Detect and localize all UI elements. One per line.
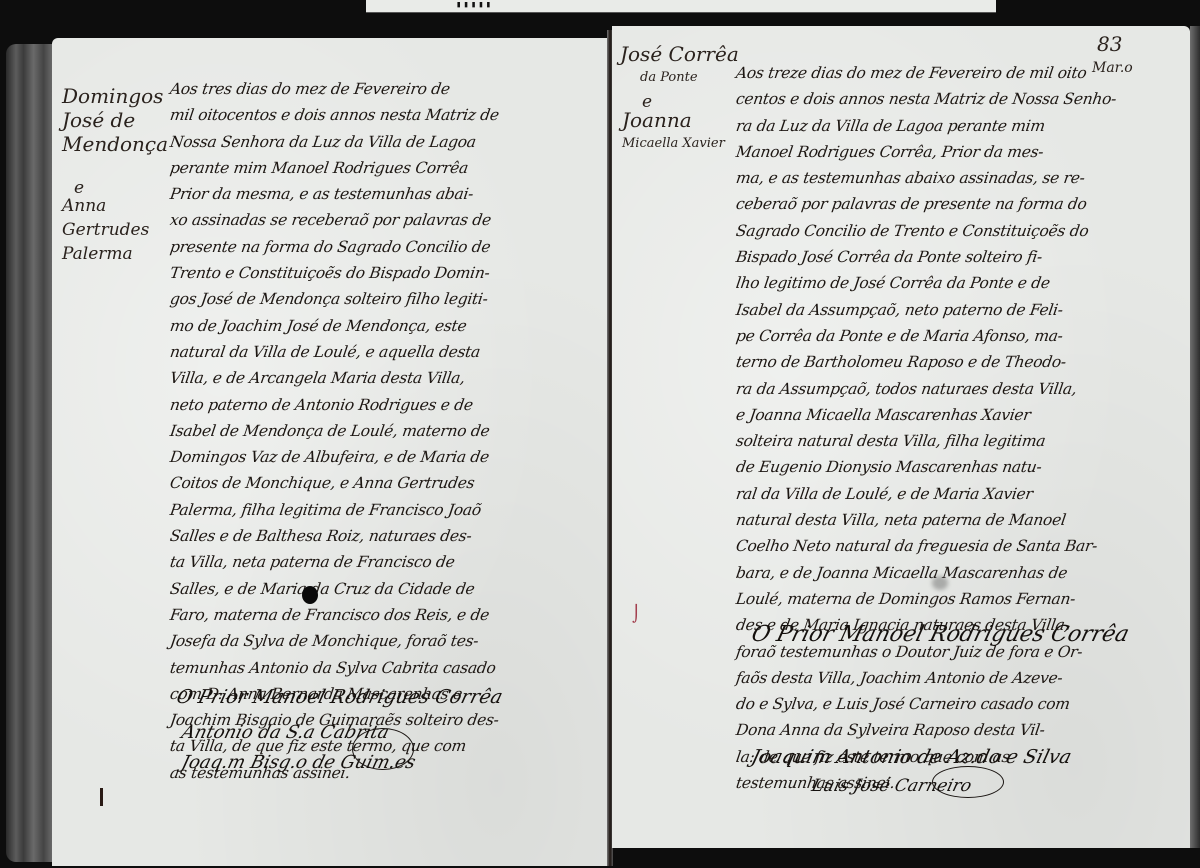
right-page-entry-text: Aos treze dias do mez de Fevereiro de mi…: [736, 60, 1176, 796]
text-line: ma, e as testemunhas abaixo assinadas, s…: [734, 165, 1178, 191]
text-line: faõs desta Villa, Joachim Antonio de Aze…: [734, 665, 1178, 691]
text-line: Salles e de Balthesa Roiz, naturaes des-: [168, 523, 602, 549]
text-line: Trento e Constituiçoẽs do Bispado Domin-: [168, 260, 602, 286]
text-line: lho legitimo de José Corrêa da Ponte e d…: [734, 270, 1178, 296]
text-line: Nossa Senhora da Luz da Villa de Lagoa: [168, 129, 602, 155]
text-line: perante mim Manoel Rodrigues Corrêa: [168, 155, 602, 181]
text-line: Prior da mesma, e as testemunhas abai-: [168, 181, 602, 207]
text-line: Loulé, materna de Domingos Ramos Fernan-: [734, 586, 1178, 612]
text-line: gos José de Mendonça solteiro filho legi…: [168, 286, 602, 312]
text-line: mil oitocentos e dois annos nesta Matriz…: [168, 102, 602, 128]
ink-tick-mark: [100, 788, 103, 806]
text-line: Coelho Neto natural da freguesia de Sant…: [734, 533, 1178, 559]
text-line: ra da Assumpçaõ, todos naturaes desta Vi…: [734, 376, 1178, 402]
text-line: ral da Villa de Loulé, e de Maria Xavier: [734, 481, 1178, 507]
folio-number: 83: [1097, 32, 1122, 56]
text-line: bara, e de Joanna Micaella Mascarenhas d…: [734, 560, 1178, 586]
text-line: Coitos de Monchique, e Anna Gertrudes: [168, 470, 602, 496]
text-line: de Eugenio Dionysio Mascarenhas natu-: [734, 454, 1178, 480]
margin-line: Mendonça: [62, 132, 168, 156]
text-line: natural da Villa de Loulé, e aquella des…: [168, 339, 602, 365]
margin-line: Domingos: [62, 84, 168, 108]
left-margin-groom-name: Domingos José de Mendonça: [62, 84, 168, 156]
text-line: Sagrado Concilio de Trento e Constituiço…: [734, 218, 1178, 244]
right-page: 83 Mar.o José Corrêa da Ponte e Joanna M…: [612, 26, 1190, 848]
text-line: Isabel da Assumpçaõ, neto paterno de Fel…: [734, 297, 1178, 323]
text-line: Villa, e de Arcangela Maria desta Villa,: [168, 365, 602, 391]
text-line: Isabel de Mendonça de Loulé, materno de: [168, 418, 602, 444]
signature-flourish: [932, 766, 1004, 798]
margin-line: Micaella Xavier: [622, 132, 725, 156]
text-line: do e Sylva, e Luis José Carneiro casado …: [734, 691, 1178, 717]
text-line: presente na forma do Sagrado Concilio de: [168, 234, 602, 260]
text-line: Dona Anna da Sylveira Raposo desta Vil-: [734, 717, 1178, 743]
text-line: solteira natural desta Villa, filha legi…: [734, 428, 1178, 454]
text-line: Josefa da Sylva de Monchique, foraõ tes-: [168, 628, 602, 654]
red-pencil-mark: ⌡: [632, 604, 640, 623]
text-line: ceberaõ por palavras de presente na form…: [734, 191, 1178, 217]
text-line: natural desta Villa, neta paterna de Man…: [734, 507, 1178, 533]
text-line: centos e dois annos nesta Matriz de Noss…: [734, 86, 1178, 112]
text-line: Domingos Vaz de Albufeira, e de Maria de: [168, 444, 602, 470]
text-line: Aos tres dias do mez de Fevereiro de: [168, 76, 602, 102]
margin-line: José de: [62, 108, 168, 132]
ink-smudge: [932, 576, 948, 590]
signature-prior: O Prior Manoel Rodrigues Corrêa: [749, 622, 1132, 647]
text-line: xo assinadas se receberaõ por palavras d…: [168, 207, 602, 233]
right-margin-bride-name: Joanna Micaella Xavier: [622, 108, 725, 156]
margin-line: Joanna: [622, 108, 725, 132]
ink-blot: [302, 586, 318, 604]
text-line: ra da Luz da Villa de Lagoa perante mim: [734, 113, 1178, 139]
left-margin-bride-name: Anna Gertrudes Palerma: [62, 194, 149, 266]
right-margin-groom-name: José Corrêa da Ponte: [620, 42, 739, 90]
text-line: Faro, materna de Francisco dos Reis, e d…: [168, 602, 602, 628]
text-line: pe Corrêa da Ponte e de Maria Afonso, ma…: [734, 323, 1178, 349]
margin-line: Gertrudes: [62, 218, 149, 242]
page-edges-right: [1190, 26, 1200, 848]
margin-line: José Corrêa: [620, 42, 739, 66]
left-page-entry-text: Aos tres dias do mez de Fevereiro de mil…: [170, 76, 600, 786]
page-edges-left: [6, 44, 56, 862]
text-line: Bispado José Corrêa da Ponte solteiro fi…: [734, 244, 1178, 270]
margin-line: Anna: [62, 194, 149, 218]
text-line: neto paterno de Antonio Rodrigues e de: [168, 392, 602, 418]
signature-witness-1: Joaquim Antonio de Az.do e Silva: [749, 746, 1074, 768]
text-line: Palerma, filha legitima de Francisco Joa…: [168, 497, 602, 523]
signature-flourish: [352, 728, 414, 770]
signature-prior: O Prior Manoel Rodrigues Corrêa: [174, 686, 505, 708]
text-line: temunhas Antonio da Sylva Cabrita casado: [168, 655, 602, 681]
film-label-text: ▮▮▮▮▮: [456, 0, 493, 10]
left-page: Domingos José de Mendonça e Anna Gertrud…: [52, 38, 608, 866]
margin-line: Palerma: [62, 242, 149, 266]
text-line: e Joanna Micaella Mascarenhas Xavier: [734, 402, 1178, 428]
text-line: terno de Bartholomeu Raposo e de Theodo-: [734, 349, 1178, 375]
text-line: Manoel Rodrigues Corrêa, Prior da mes-: [734, 139, 1178, 165]
margin-line: da Ponte: [620, 66, 739, 90]
text-line: Aos treze dias do mez de Fevereiro de mi…: [734, 60, 1178, 86]
text-line: Salles, e de Maria da Cruz da Cidade de: [168, 576, 602, 602]
text-line: ta Villa, neta paterna de Francisco de: [168, 549, 602, 575]
text-line: mo de Joachim José de Mendonça, este: [168, 313, 602, 339]
film-label-strip: ▮▮▮▮▮: [366, 0, 996, 13]
